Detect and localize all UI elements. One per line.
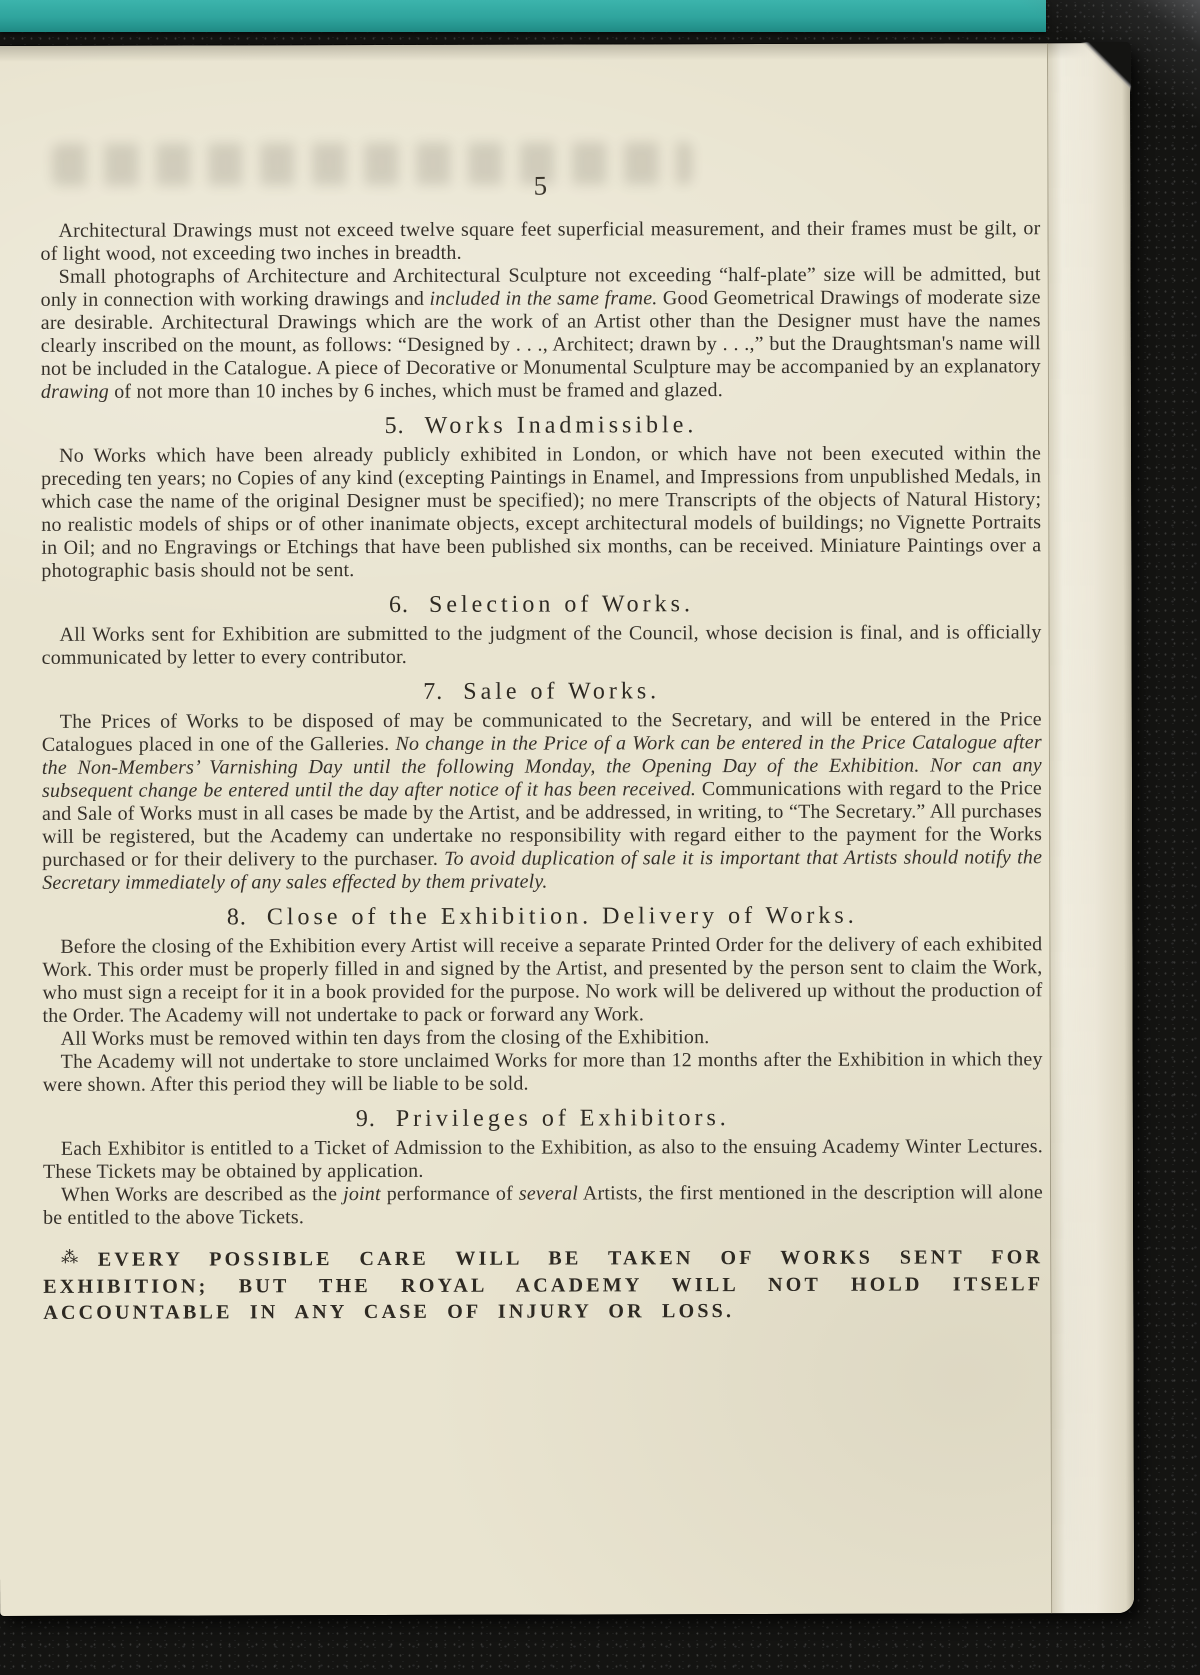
body-paragraph: Architectural Drawings must not exceed t… — [40, 217, 1040, 266]
book-scan-background: 5 Architectural Drawings must not exceed… — [0, 0, 1200, 1675]
body-paragraph: All Works must be removed within ten day… — [43, 1025, 1043, 1051]
text-run: EVERY POSSIBLE CARE WILL BE TAKEN OF WOR… — [43, 1246, 1043, 1324]
section-title: Selection of Works. — [429, 591, 694, 618]
body-paragraph: All Works sent for Exhibition are submit… — [42, 621, 1042, 670]
section-title: Works Inadmissible. — [425, 412, 698, 439]
text-run: Each Exhibitor is entitled to a Ticket o… — [43, 1135, 1043, 1183]
text-run: joint — [343, 1183, 381, 1205]
section-number: 8. — [227, 904, 247, 930]
page-fore-edge — [1047, 43, 1134, 1613]
section-title: Sale of Works. — [463, 678, 660, 705]
text-run: No Works which have been already publicl… — [41, 442, 1041, 582]
liability-notice: ⁂EVERY POSSIBLE CARE WILL BE TAKEN OF WO… — [43, 1244, 1043, 1326]
section-heading: 9.Privileges of Exhibitors. — [43, 1103, 1043, 1134]
body-paragraph: The Prices of Works to be disposed of ma… — [42, 708, 1042, 895]
body-paragraph: No Works which have been already publicl… — [41, 442, 1041, 583]
text-run: of not more than 10 inches by 6 inches, … — [109, 379, 723, 403]
text-run: The Academy will not undertake to store … — [43, 1048, 1043, 1096]
section-title: Privileges of Exhibitors. — [396, 1105, 730, 1132]
section-heading: 5.Works Inadmissible. — [41, 410, 1041, 441]
text-run: When Works are described as the — [61, 1183, 343, 1206]
section-heading: 7.Sale of Works. — [42, 676, 1042, 707]
section-number: 5. — [385, 413, 405, 439]
section-number: 7. — [423, 679, 443, 705]
text-run: Architectural Drawings must not exceed t… — [41, 217, 1041, 265]
body-paragraph: The Academy will not undertake to store … — [43, 1048, 1043, 1097]
text-run: drawing — [41, 381, 109, 403]
body-paragraph: Before the closing of the Exhibition eve… — [42, 933, 1042, 1028]
text-run: All Works sent for Exhibition are submit… — [42, 621, 1042, 669]
text-run: All Works must be removed within ten day… — [61, 1026, 710, 1050]
section-heading: 6.Selection of Works. — [41, 589, 1041, 620]
section-title: Close of the Exhibition. Delivery of Wor… — [267, 903, 858, 931]
text-run: included in the same frame. — [430, 287, 658, 310]
section-number: 9. — [356, 1106, 376, 1132]
page-corner-fold — [1073, 42, 1131, 100]
page-number: 5 — [40, 169, 1040, 203]
document-page: 5 Architectural Drawings must not exceed… — [0, 43, 1134, 1616]
text-run: several — [519, 1182, 578, 1204]
book-cloth-strip — [0, 0, 1046, 32]
text-run: performance of — [381, 1183, 519, 1205]
page-content: 5 Architectural Drawings must not exceed… — [40, 169, 1043, 1326]
asterism-marker: ⁂ — [61, 1248, 88, 1267]
section-number: 6. — [389, 592, 409, 618]
text-run: Before the closing of the Exhibition eve… — [42, 933, 1042, 1027]
section-heading: 8.Close of the Exhibition. Delivery of W… — [42, 901, 1042, 932]
body-paragraph: Small photographs of Architecture and Ar… — [41, 263, 1041, 404]
body-paragraph: Each Exhibitor is entitled to a Ticket o… — [43, 1135, 1043, 1184]
body-paragraph: When Works are described as the joint pe… — [43, 1181, 1043, 1230]
